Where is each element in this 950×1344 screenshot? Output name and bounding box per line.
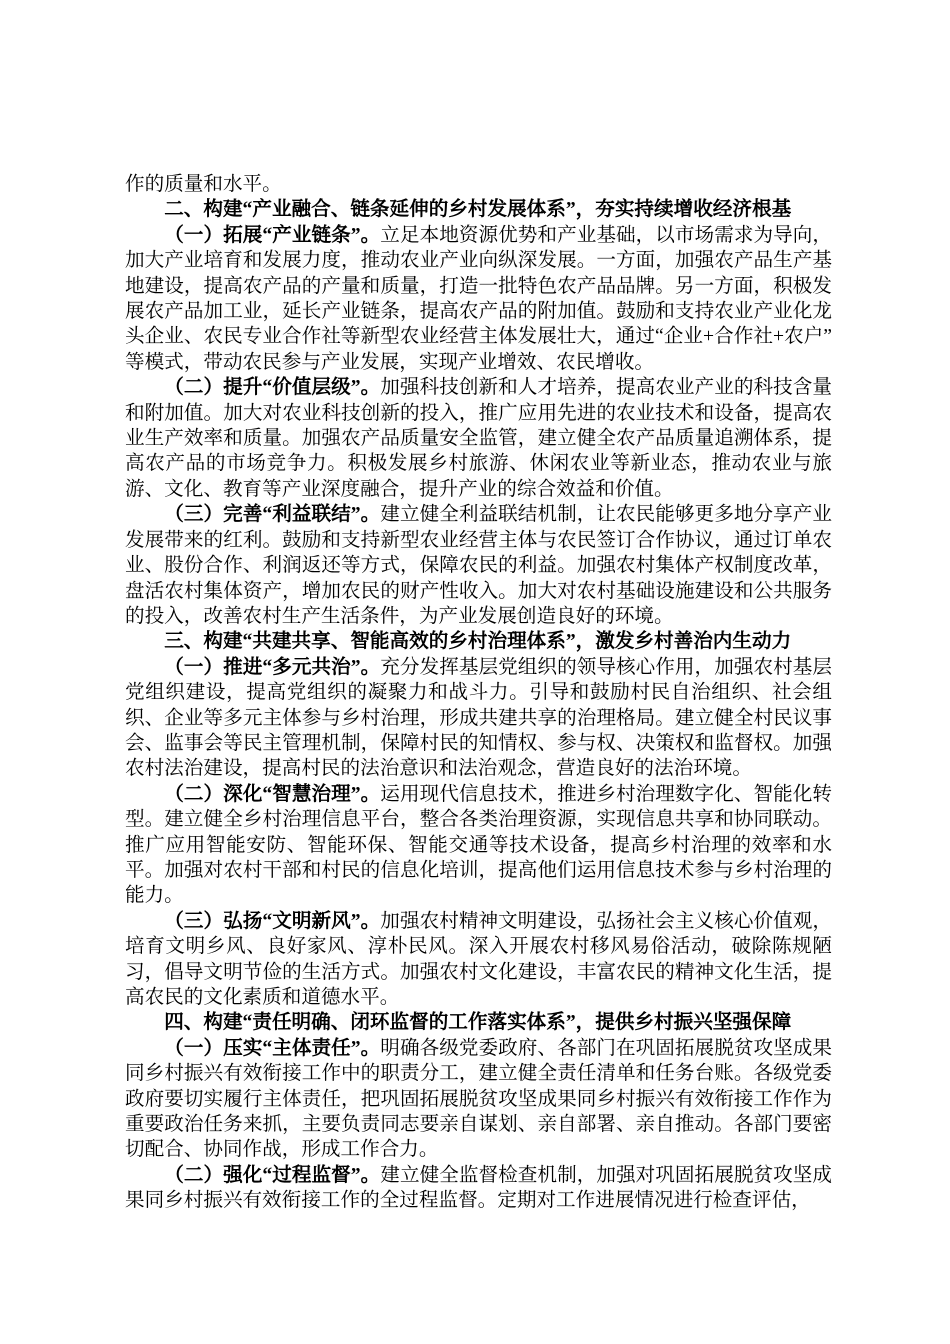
paragraph-4-1: （一）压实“主体责任”。明确各级党委政府、各部门在巩固拓展脱贫攻坚成果同乡村振兴…	[125, 1036, 832, 1163]
paragraph-continuation: 作的质量和水平。	[125, 172, 832, 197]
paragraph-2-2: （二）提升“价值层级”。加强科技创新和人才培养，提高农业产业的科技含量和附加值。…	[125, 375, 832, 502]
paragraph-lead: （二）强化“过程监督”。	[164, 1165, 380, 1186]
heading-text: 三、构建“共建共享、智能高效的乡村治理体系”，激发乡村善治内生动力	[164, 631, 791, 652]
paragraph-3-1: （一）推进“多元共治”。充分发挥基层党组织的领导核心作用，加强农村基层党组织建设…	[125, 655, 832, 782]
section-heading-2: 二、构建“产业融合、链条延伸的乡村发展体系”，夯实持续增收经济根基	[125, 197, 832, 222]
paragraph-lead: （二）深化“智慧治理”。	[164, 784, 380, 805]
paragraph-lead: （三）弘扬“文明新风”。	[164, 911, 380, 932]
paragraph-text: 作的质量和水平。	[125, 174, 282, 195]
section-heading-4: 四、构建“责任明确、闭环监督的工作落实体系”，提供乡村振兴坚强保障	[125, 1010, 832, 1035]
paragraph-2-1: （一）拓展“产业链条”。立足本地资源优势和产业基础，以市场需求为导向，加大产业培…	[125, 223, 832, 375]
paragraph-4-2: （二）强化“过程监督”。建立健全监督检查机制，加强对巩固拓展脱贫攻坚成果同乡村振…	[125, 1163, 832, 1214]
paragraph-text: 立足本地资源优势和产业基础，以市场需求为导向，加大产业培育和发展力度，推动农业产…	[125, 225, 832, 373]
paragraph-3-2: （二）深化“智慧治理”。运用现代信息技术，推进乡村治理数字化、智能化转型。建立健…	[125, 782, 832, 909]
paragraph-2-3: （三）完善“利益联结”。建立健全利益联结机制，让农民能够更多地分享产业发展带来的…	[125, 502, 832, 629]
document-page: 作的质量和水平。 二、构建“产业融合、链条延伸的乡村发展体系”，夯实持续增收经济…	[0, 0, 950, 1344]
paragraph-3-3: （三）弘扬“文明新风”。加强农村精神文明建设，弘扬社会主义核心价值观，培育文明乡…	[125, 909, 832, 1011]
paragraph-lead: （一）压实“主体责任”。	[164, 1038, 380, 1059]
paragraph-lead: （一）推进“多元共治”。	[164, 657, 380, 678]
heading-text: 四、构建“责任明确、闭环监督的工作落实体系”，提供乡村振兴坚强保障	[164, 1012, 791, 1033]
paragraph-lead: （一）拓展“产业链条”。	[164, 225, 380, 246]
heading-text: 二、构建“产业融合、链条延伸的乡村发展体系”，夯实持续增收经济根基	[164, 199, 791, 220]
paragraph-lead: （三）完善“利益联结”。	[164, 504, 380, 525]
paragraph-lead: （二）提升“价值层级”。	[164, 377, 380, 398]
section-heading-3: 三、构建“共建共享、智能高效的乡村治理体系”，激发乡村善治内生动力	[125, 629, 832, 654]
